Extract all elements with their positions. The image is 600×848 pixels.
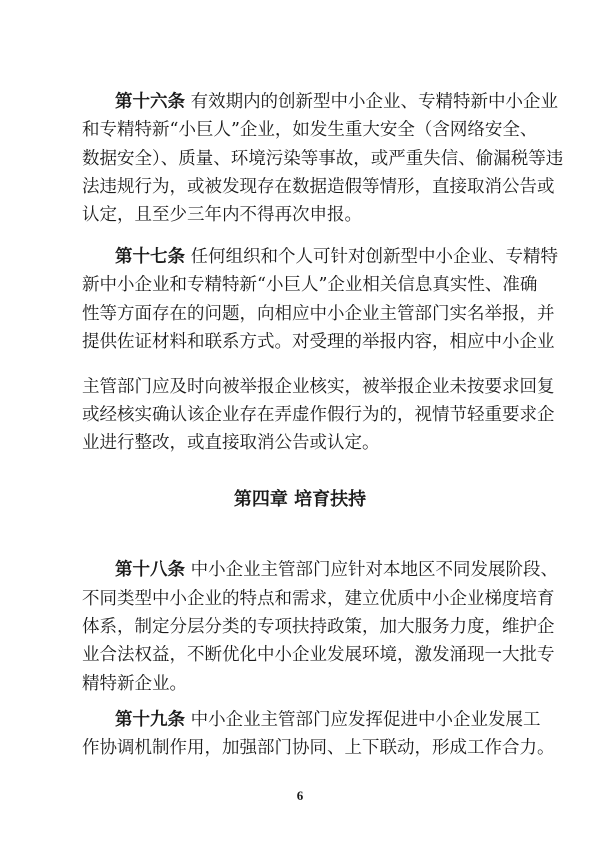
article-18-line-2: 不同类型中小企业的特点和需求，建立优质中小企业梯度培育 [82, 585, 518, 613]
article-16-line-1: 第十六条 有效期内的创新型中小企业、专精特新中小企业 [115, 88, 518, 116]
article-18-label: 第十八条 [115, 560, 185, 580]
article-19-line-1: 第十九条 中小企业主管部门应发挥促进中小企业发展工 [115, 706, 518, 734]
article-16-label: 第十六条 [115, 92, 185, 112]
article-19-label: 第十九条 [115, 710, 185, 730]
article-18-line-5: 精特新企业。 [82, 670, 518, 698]
page-number: 6 [0, 788, 600, 804]
article-17-label: 第十七条 [115, 247, 185, 267]
article-17-line-1: 第十七条 任何组织和个人可针对创新型中小企业、专精特 [115, 243, 518, 271]
chapter-heading: 第四章 培育扶持 [0, 486, 600, 514]
article-18-line-3: 体系，制定分层分类的专项扶持政策，加大服务力度，维护企 [82, 613, 518, 641]
article-17-line-6: 或经核实确认该企业存在弄虚作假行为的，视情节轻重要求企 [82, 401, 518, 429]
article-17-line-2: 新中小企业和专精特新“小巨人”企业相关信息真实性、准确 [82, 271, 518, 299]
article-18-line-1: 第十八条 中小企业主管部门应针对本地区不同发展阶段、 [115, 556, 518, 584]
article-17-line-7: 业进行整改，或直接取消公告或认定。 [82, 429, 518, 457]
article-16-line-2: 和专精特新“小巨人”企业，如发生重大安全（含网络安全、 [82, 116, 518, 144]
article-17-line-4: 提供佐证材料和联系方式。对受理的举报内容，相应中小企业 [82, 328, 518, 356]
article-17-line-3: 性等方面存在的问题，向相应中小企业主管部门实名举报，并 [82, 300, 518, 328]
article-16-line-3: 数据安全）、质量、环境污染等事故，或严重失信、偷漏税等违 [82, 145, 518, 173]
article-19-line-2: 作协调机制作用，加强部门协同、上下联动，形成工作合力。 [82, 734, 518, 762]
article-17-line-5: 主管部门应及时向被举报企业核实，被举报企业未按要求回复 [82, 373, 518, 401]
document-page: 第十六条 有效期内的创新型中小企业、专精特新中小企业 和专精特新“小巨人”企业，… [0, 0, 600, 848]
article-16-line-5: 认定，且至少三年内不得再次申报。 [82, 201, 518, 229]
article-18-line-4: 业合法权益，不断优化中小企业发展环境，激发涌现一大批专 [82, 641, 518, 669]
article-16-line-4: 法违规行为，或被发现存在数据造假等情形，直接取消公告或 [82, 173, 518, 201]
